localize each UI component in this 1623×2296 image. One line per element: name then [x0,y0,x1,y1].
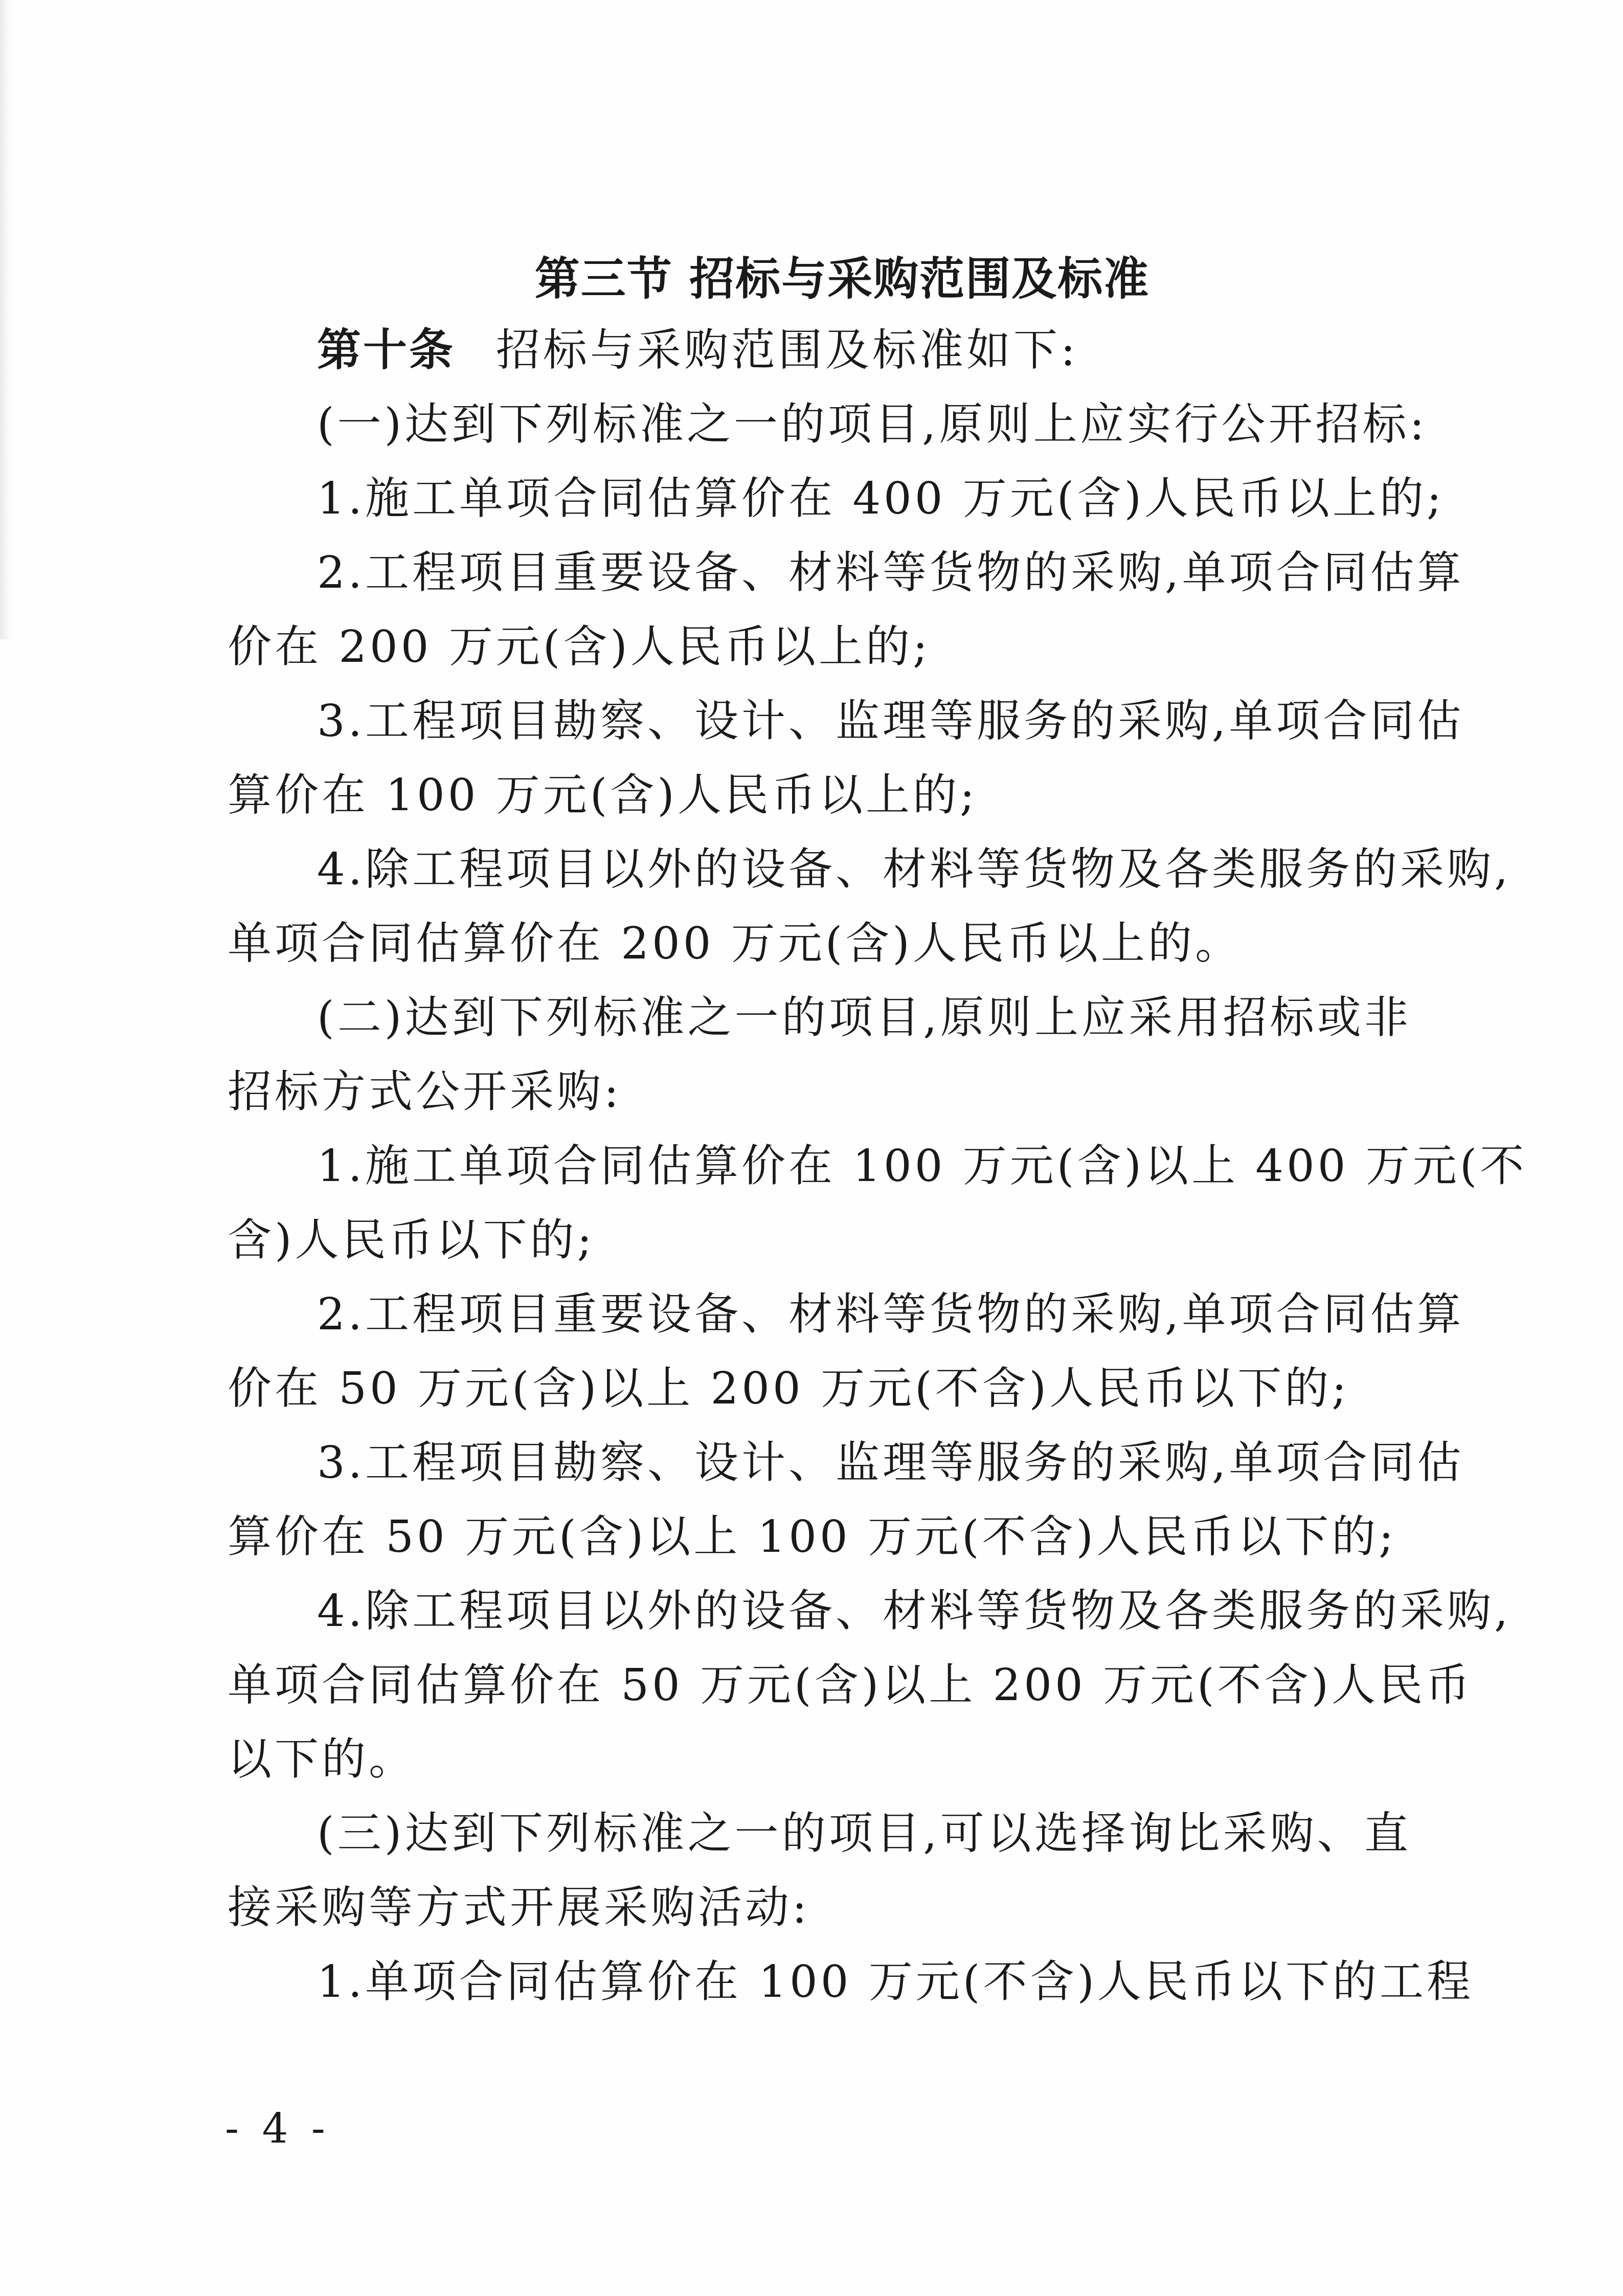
document-page: 第三节 招标与采购范围及标准 第十条招标与采购范围及标准如下: (一)达到下列标… [0,0,1623,2296]
paragraph-line: 算价在 50 万元(含)以上 100 万元(不含)人民币以下的; [228,1501,1396,1565]
paragraph-line: (三)达到下列标准之一的项目,可以选择询比采购、直 [317,1798,1411,1861]
paragraph-line: 3.工程项目勘察、设计、监理等服务的采购,单项合同估 [317,685,1411,749]
paragraph-line: 4.除工程项目以外的设备、材料等货物及各类服务的采购, [317,834,1411,897]
paragraph-line: 算价在 100 万元(含)人民币以上的; [228,760,978,823]
paragraph-line: 3.工程项目勘察、设计、监理等服务的采购,单项合同估 [317,1427,1411,1490]
paragraph-line: 1.施工单项合同估算价在 100 万元(含)以上 400 万元(不 [317,1130,1411,1194]
paragraph-line: 2.工程项目重要设备、材料等货物的采购,单项合同估算 [317,1279,1411,1342]
page-number: - 4 - [225,2105,330,2152]
paragraph-line: 以下的。 [228,1724,416,1787]
paragraph-line: 含)人民币以下的; [228,1205,595,1268]
article-intro: 招标与采购范围及标准如下: [496,325,1078,376]
paragraph-line: 接采购等方式开展采购活动: [228,1872,810,1935]
paragraph-line: 价在 200 万元(含)人民币以上的; [228,611,931,675]
scan-edge-shadow [0,0,14,639]
paragraph-line: 单项合同估算价在 50 万元(含)以上 200 万元(不含)人民币 [228,1649,1411,1713]
paragraph-line: 2.工程项目重要设备、材料等货物的采购,单项合同估算 [317,537,1411,600]
paragraph-line: (二)达到下列标准之一的项目,原则上应采用招标或非 [317,982,1411,1045]
paragraph-line: 单项合同估算价在 200 万元(含)人民币以上的。 [228,908,1242,971]
paragraph-line: 价在 50 万元(含)以上 200 万元(不含)人民币以下的; [228,1353,1349,1416]
paragraph-line: 1.施工单项合同估算价在 400 万元(含)人民币以上的; [317,463,1411,526]
paragraph-line: 招标方式公开采购: [228,1056,622,1120]
paragraph-line: 1.单项合同估算价在 100 万元(不含)人民币以下的工程 [317,1946,1411,2010]
section-title: 第三节 招标与采购范围及标准 [0,243,1623,307]
paragraph-line: (一)达到下列标准之一的项目,原则上应实行公开招标: [317,389,1411,452]
article-heading: 第十条招标与采购范围及标准如下: [317,315,1078,378]
paragraph-line: 4.除工程项目以外的设备、材料等货物及各类服务的采购, [317,1575,1411,1639]
article-label: 第十条 [317,325,455,376]
